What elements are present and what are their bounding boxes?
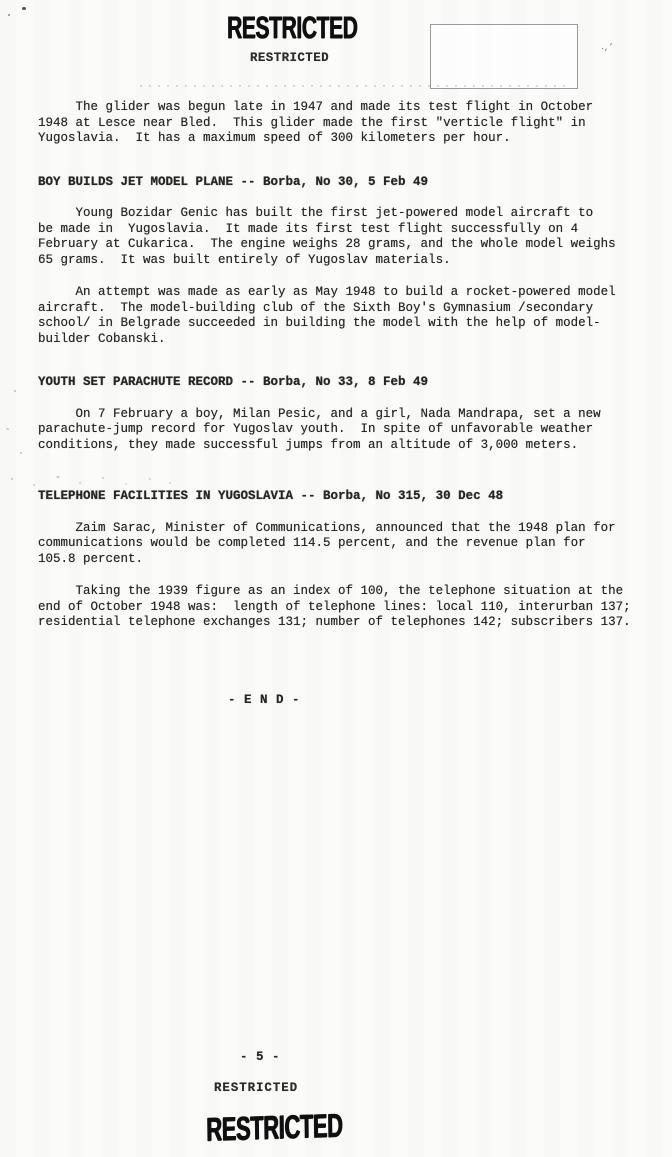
body-paragraph-glider: The glider was begun late in 1947 and ma… (38, 100, 658, 147)
scan-speck-artifact (20, 452, 22, 454)
classification-stamp-bottom: RESTRICTED (206, 1108, 343, 1150)
scan-speck-artifact (8, 14, 10, 16)
section-heading-telephone-facilities: TELEPHONE FACILITIES IN YUGOSLAVIA -- Bo… (38, 489, 658, 505)
blank-stamp-box (430, 24, 578, 89)
body-paragraph-parachute: On 7 February a boy, Milan Pesic, and a … (38, 407, 658, 454)
classification-stamp-top: RESTRICTED (227, 10, 357, 46)
page-number: - 5 - (240, 1050, 280, 1066)
body-paragraph-telephone-2: Taking the 1939 figure as an index of 10… (38, 584, 658, 631)
document-body: The glider was begun late in 1947 and ma… (38, 100, 658, 708)
classification-typed-top: RESTRICTED (250, 51, 329, 67)
scan-speck-artifact (6, 428, 9, 430)
classification-typed-bottom: RESTRICTED (214, 1081, 298, 1097)
body-paragraph-telephone-1: Zaim Sarac, Minister of Communications, … (38, 521, 658, 568)
end-marker: - E N D - (228, 693, 658, 709)
scan-speck-artifact (14, 390, 16, 392)
section-heading-jet-model-plane: BOY BUILDS JET MODEL PLANE -- Borba, No … (38, 175, 658, 191)
body-paragraph-jet-model-1: Young Bozidar Genic has built the first … (38, 206, 658, 268)
scan-smudge-artifact: .,’ (599, 39, 620, 59)
scan-speck-artifact (22, 7, 26, 10)
body-paragraph-jet-model-2: An attempt was made as early as May 1948… (38, 285, 658, 347)
section-heading-parachute-record: YOUTH SET PARACHUTE RECORD -- Borba, No … (38, 375, 658, 391)
